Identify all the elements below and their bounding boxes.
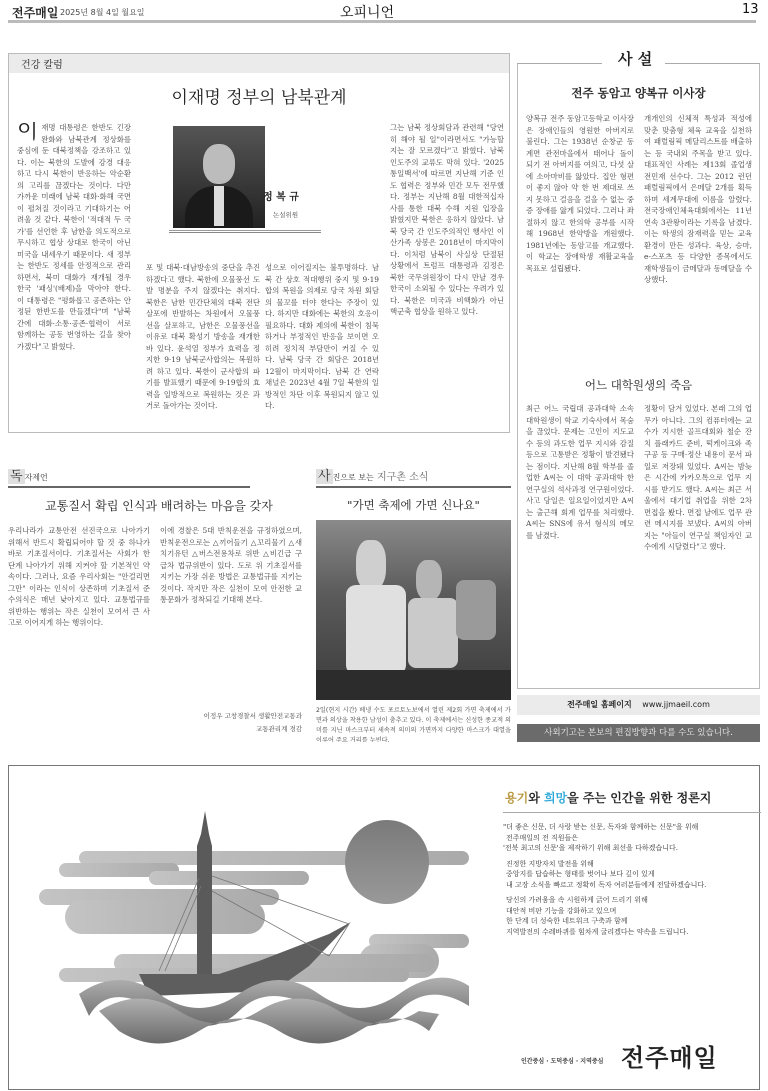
reader-col2: 이에 경찰은 5대 반칙운전을 규정하였으며, 반칙운전으로는 △끼어들기 △꼬… [160, 525, 302, 703]
newspaper-ad: 용기와 희망을 주는 인간을 위한 정론지 "더 좋은 신문, 더 사랑 받는 … [8, 765, 760, 1090]
column-text-3: 성으로 이어질지는 불투명하다. 남북 간 상호 적대행위 중지 및 9·19합… [265, 262, 379, 427]
editorial-2-col1: 최근 어느 국립대 공과대학 소속 대학원생이 학교 기숙사에서 목숨을 끊었다… [526, 403, 634, 679]
header-rule [8, 20, 756, 23]
column-text-1: 이 재명 대통령은 한반도 긴장 완화와 남북관계 정상화를 중심에 둔 대북정… [17, 122, 131, 427]
reader-col1: 우리나라가 교통안전 선진국으로 나아가기 위해서 반드시 확립되어야 할 것 … [8, 525, 150, 747]
editorial-1-col1: 양복규 전주 동암고등학교 이사장은 장애인들의 영원한 아버지로 불린다. 그… [526, 113, 634, 363]
editorial-2-title: 어느 대학원생의 죽음 [518, 377, 759, 393]
section-title: 오피니언 [340, 2, 394, 22]
column-title: 이재명 정부의 남북관계 [9, 83, 509, 108]
column-kicker: 건강 칼럼 [9, 54, 509, 73]
health-column: 건강 칼럼 이재명 정부의 남북관계 이 재명 대통령은 한반도 긴장 완화와 … [8, 53, 510, 433]
photo-section-initial: 사 [316, 469, 333, 484]
reader-section-initial: 독 [8, 469, 25, 484]
ad-para-1: "더 좋은 신문, 더 사랑 받는 신문, 독자와 함께하는 신문"을 위해 전… [503, 822, 758, 854]
photo-caption: 2일(현지 시간) 베냉 수도 포르토노보에서 열린 제2회 가면 축제에서 가… [316, 706, 511, 742]
author-role: 논설위원 [273, 210, 298, 219]
editorial-box: 사 설 전주 동암고 양복규 이사장 양복규 전주 동암고등학교 이사장은 장애… [517, 63, 760, 689]
ad-para-2: 진정한 지방자치 발전을 위해 중앙지를 답습하는 형태를 벗어나 보다 깊이 … [503, 859, 758, 891]
reader-author-line1: 이정우 고창경찰서 생활안전교통과 [160, 711, 302, 720]
ad-brand-logo: 전주매일 [621, 1038, 718, 1073]
reader-author-line2: 교통관리계 경감 [160, 724, 302, 733]
homepage-label: 전주매일 홈페이지 [567, 700, 632, 709]
homepage-bar: 전주매일 홈페이지 www.jjmaeil.com [517, 695, 760, 715]
issue-date: 2025년 8월 4일 월요일 [60, 7, 145, 18]
photo-title: "가면 축제에 가면 신나요" [316, 497, 511, 513]
editorial-1-title: 전주 동암고 양복규 이사장 [518, 85, 759, 101]
author-name: 정 복 규 [263, 188, 299, 203]
byline-rule [169, 230, 321, 231]
masthead-logo: 전주매일 [12, 4, 58, 21]
festival-photo [316, 520, 511, 700]
ad-slogan: 용기와 희망을 주는 인간을 위한 정론지 [505, 789, 711, 806]
ad-paragraphs: "더 좋은 신문, 더 사랑 받는 신문, 독자와 함께하는 신문"을 위해 전… [503, 822, 758, 937]
pen-ship-illustration [29, 806, 469, 1046]
column-text-4: 그는 남북 정상회담과 관련해 "당연히 해야 될 일"이라면서도 "가능할지는… [390, 122, 504, 427]
author-photo [173, 126, 265, 228]
drop-cap: 이 [17, 122, 38, 142]
editorial-label: 사 설 [618, 48, 652, 69]
ad-para-3: 당신의 가려움을 속 시원하게 긁어 드리기 위해 대안적 비판 기능을 강화하… [503, 895, 758, 937]
slogan-rule [503, 812, 761, 813]
contribution-notice: 사외기고는 본보의 편집방향과 다를 수도 있습니다. [517, 724, 760, 742]
editorial-2-col2: 정황이 담겨 있었다. 본래 그의 업무가 아니다. 그의 컴퓨터에는 교수가 … [644, 403, 752, 679]
reader-title: 교통질서 확립 인식과 배려하는 마음을 갖자 [8, 497, 310, 514]
ad-motto: 인간중심 · 도덕중심 · 지역중심 [521, 1056, 603, 1065]
reader-section-header: 독자제언 [8, 465, 250, 488]
editorial-1-col2: 개개인의 신체적 특성과 적성에 맞춘 맞춤형 체육 교육을 실천하여 패럴림픽… [644, 113, 752, 363]
column-text-2: 포 및 대북·대남방송의 중단을 추진하겠다고 했다. 북한에 오물풍선 도발 … [146, 262, 260, 427]
page-number: 13 [742, 2, 759, 17]
homepage-url[interactable]: www.jjmaeil.com [642, 700, 710, 709]
photo-rule [169, 232, 321, 233]
photo-section-header: 사진으로 보는 지구촌 소식 [316, 465, 511, 488]
